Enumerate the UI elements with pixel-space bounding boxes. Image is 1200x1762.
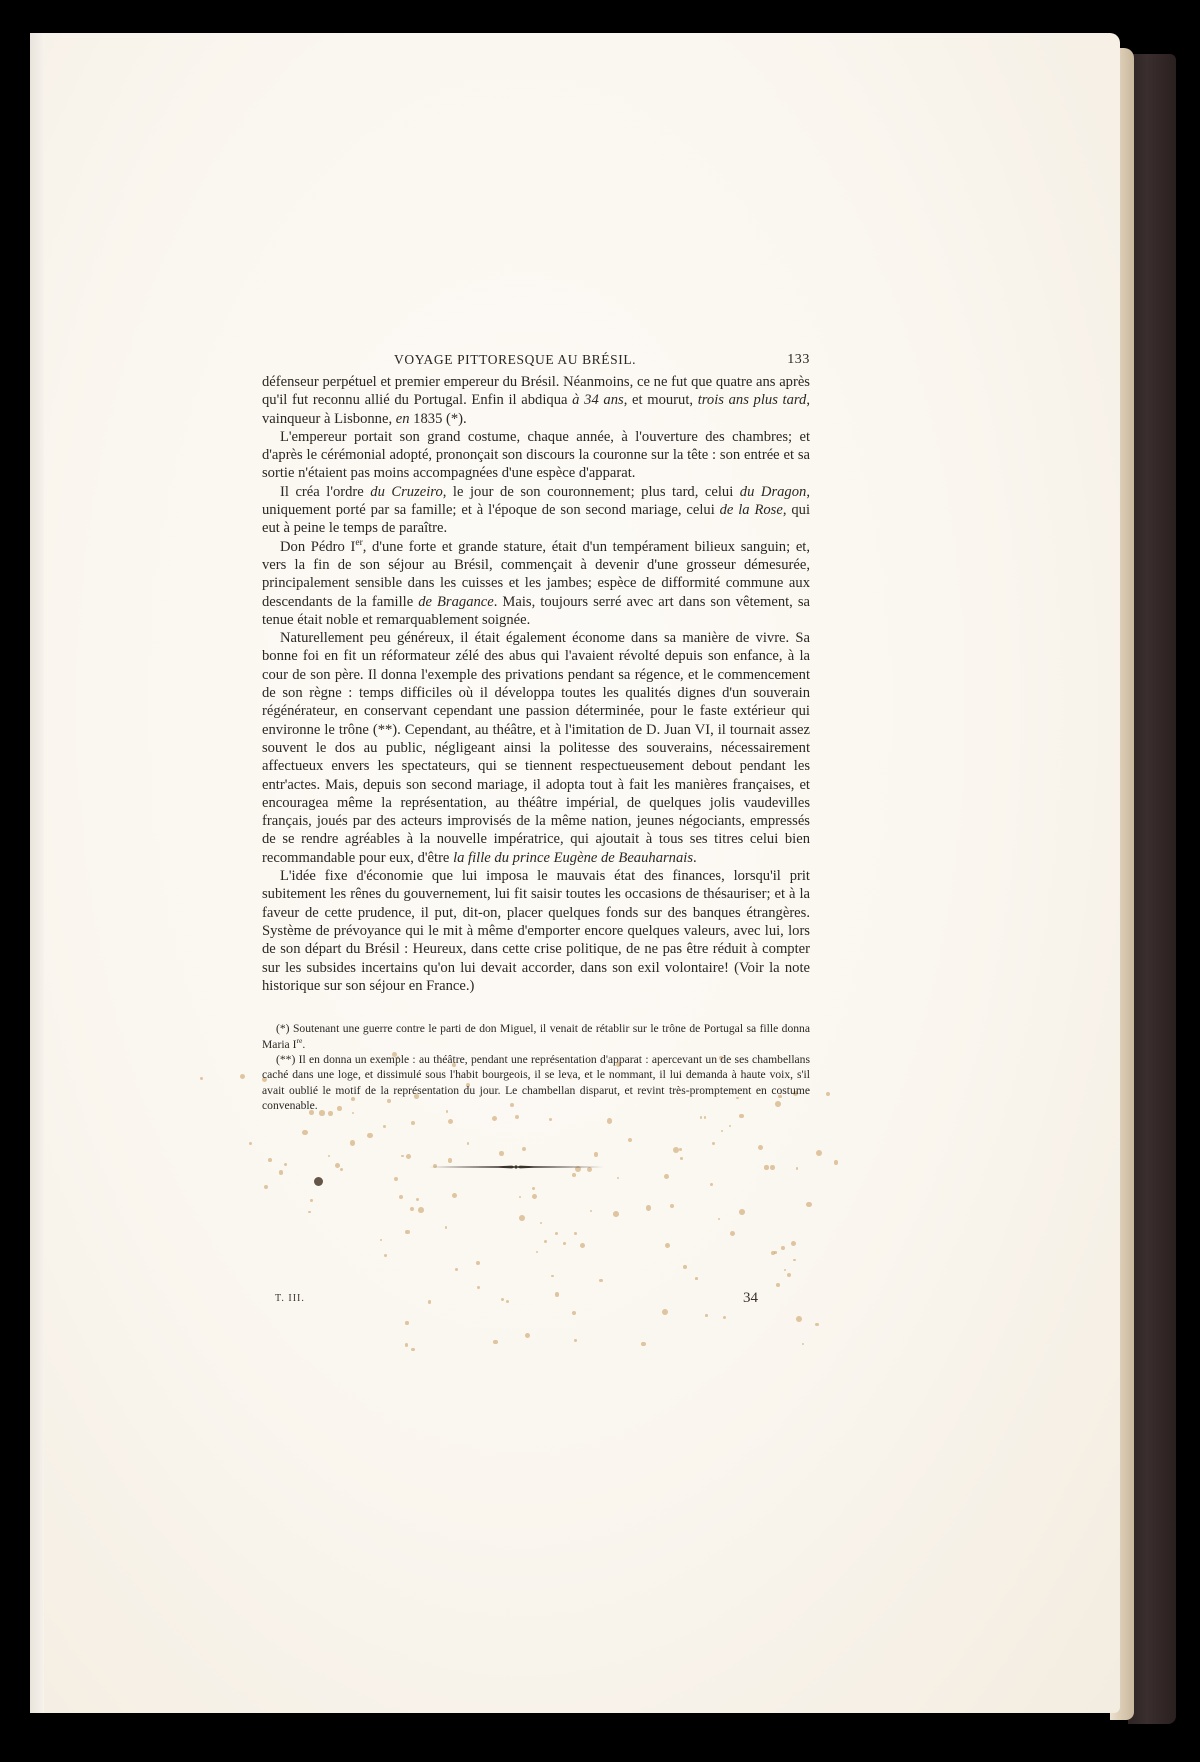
- running-title: VOYAGE PITTORESQUE AU BRÉSIL.: [394, 352, 636, 368]
- footnotes: (*) Soutenant une guerre contre le parti…: [262, 1021, 810, 1113]
- paragraph: L'empereur portait son grand costume, ch…: [262, 428, 810, 483]
- paragraph: Don Pédro Ier, d'une forte et grande sta…: [262, 538, 810, 629]
- footnote: (*) Soutenant une guerre contre le parti…: [262, 1021, 810, 1052]
- running-head: VOYAGE PITTORESQUE AU BRÉSIL. 133: [262, 352, 810, 372]
- signature-mark: 34: [743, 1290, 758, 1307]
- page-gutter-fold: [30, 33, 44, 1713]
- paragraph: Naturellement peu généreux, il était éga…: [262, 629, 810, 867]
- ink-spot: [314, 1177, 323, 1186]
- text-block: VOYAGE PITTORESQUE AU BRÉSIL. 133 défens…: [262, 352, 810, 1114]
- scanned-book-page: VOYAGE PITTORESQUE AU BRÉSIL. 133 défens…: [0, 0, 1200, 1762]
- book-binding: [1128, 54, 1176, 1724]
- page-number: 133: [787, 352, 810, 368]
- body-text: défenseur perpétuel et premier empereur …: [262, 373, 810, 995]
- volume-mark: T. III.: [275, 1293, 305, 1304]
- paragraph: L'idée fixe d'économie que lui imposa le…: [262, 867, 810, 995]
- paragraph: Il créa l'ordre du Cruzeiro, le jour de …: [262, 483, 810, 538]
- divider-ornament-icon: [428, 1164, 604, 1170]
- footnote: (**) Il en donna un exemple : au théâtre…: [262, 1052, 810, 1114]
- paragraph: défenseur perpétuel et premier empereur …: [262, 373, 810, 428]
